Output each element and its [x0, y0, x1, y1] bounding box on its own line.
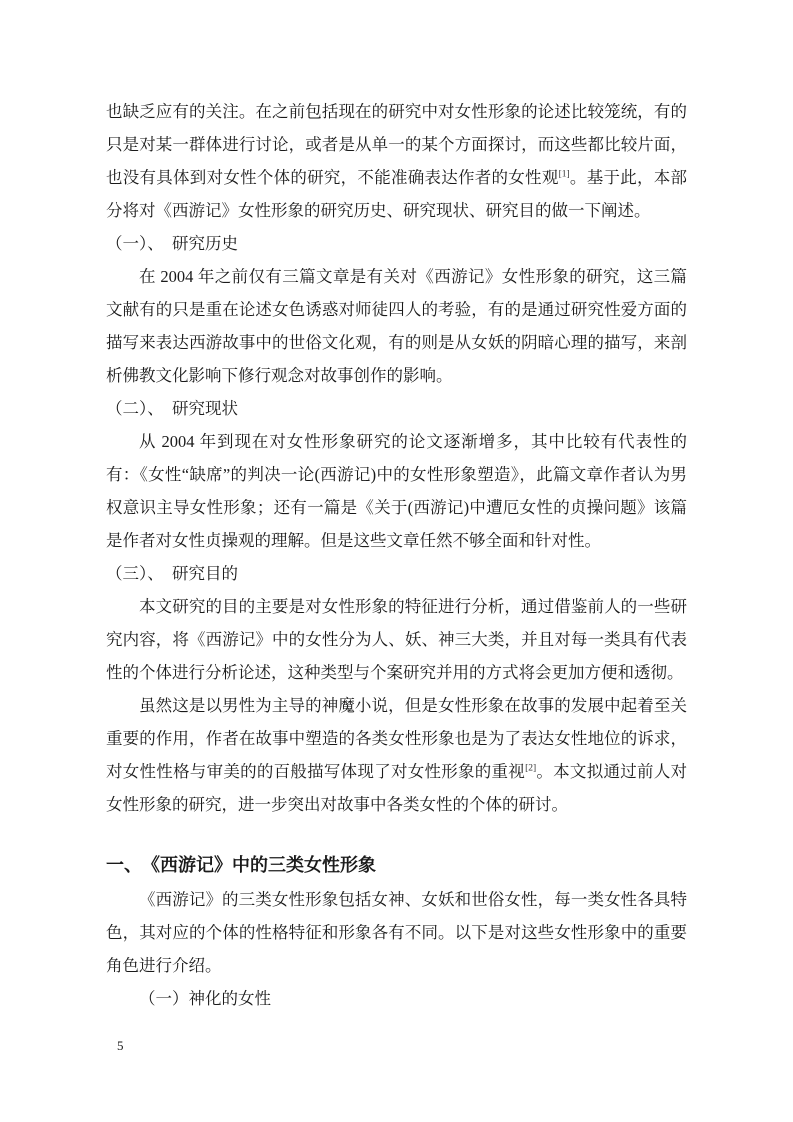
document-content: 也缺乏应有的关注。在之前包括现在的研究中对女性形象的论述比较笼统，有的只是对某一…: [106, 95, 687, 1015]
paragraph: 本文研究的目的主要是对女性形象的特征进行分析，通过借鉴前人的一些研究内容，将《西…: [106, 590, 687, 689]
paragraph: （一）神化的女性: [106, 982, 687, 1015]
paragraph: 也缺乏应有的关注。在之前包括现在的研究中对女性形象的论述比较笼统，有的只是对某一…: [106, 95, 687, 227]
footnote-reference: [2]: [525, 764, 536, 774]
paragraph: （二）、 研究现状: [106, 392, 687, 425]
paragraph: 虽然这是以男性为主导的神魔小说，但是女性形象在故事的发展中起着至关重要的作用，作…: [106, 689, 687, 821]
paragraph: （三）、 研究目的: [106, 557, 687, 590]
paragraph: 《西游记》的三类女性形象包括女神、女妖和世俗女性，每一类女性各具特色，其对应的个…: [106, 883, 687, 982]
section-heading: 一、 《西游记》中的三类女性形象: [106, 847, 687, 883]
paragraph: 在 2004 年之前仅有三篇文章是有关对《西游记》女性形象的研究，这三篇文献有的…: [106, 260, 687, 392]
paragraph: 从 2004 年到现在对女性形象研究的论文逐渐增多，其中比较有代表性的有：《女性…: [106, 425, 687, 557]
footnote-reference: [1]: [559, 170, 570, 180]
paragraph: （一）、 研究历史: [106, 227, 687, 260]
document-page: 也缺乏应有的关注。在之前包括现在的研究中对女性形象的论述比较笼统，有的只是对某一…: [0, 0, 793, 1122]
page-number: 5: [117, 1038, 124, 1054]
